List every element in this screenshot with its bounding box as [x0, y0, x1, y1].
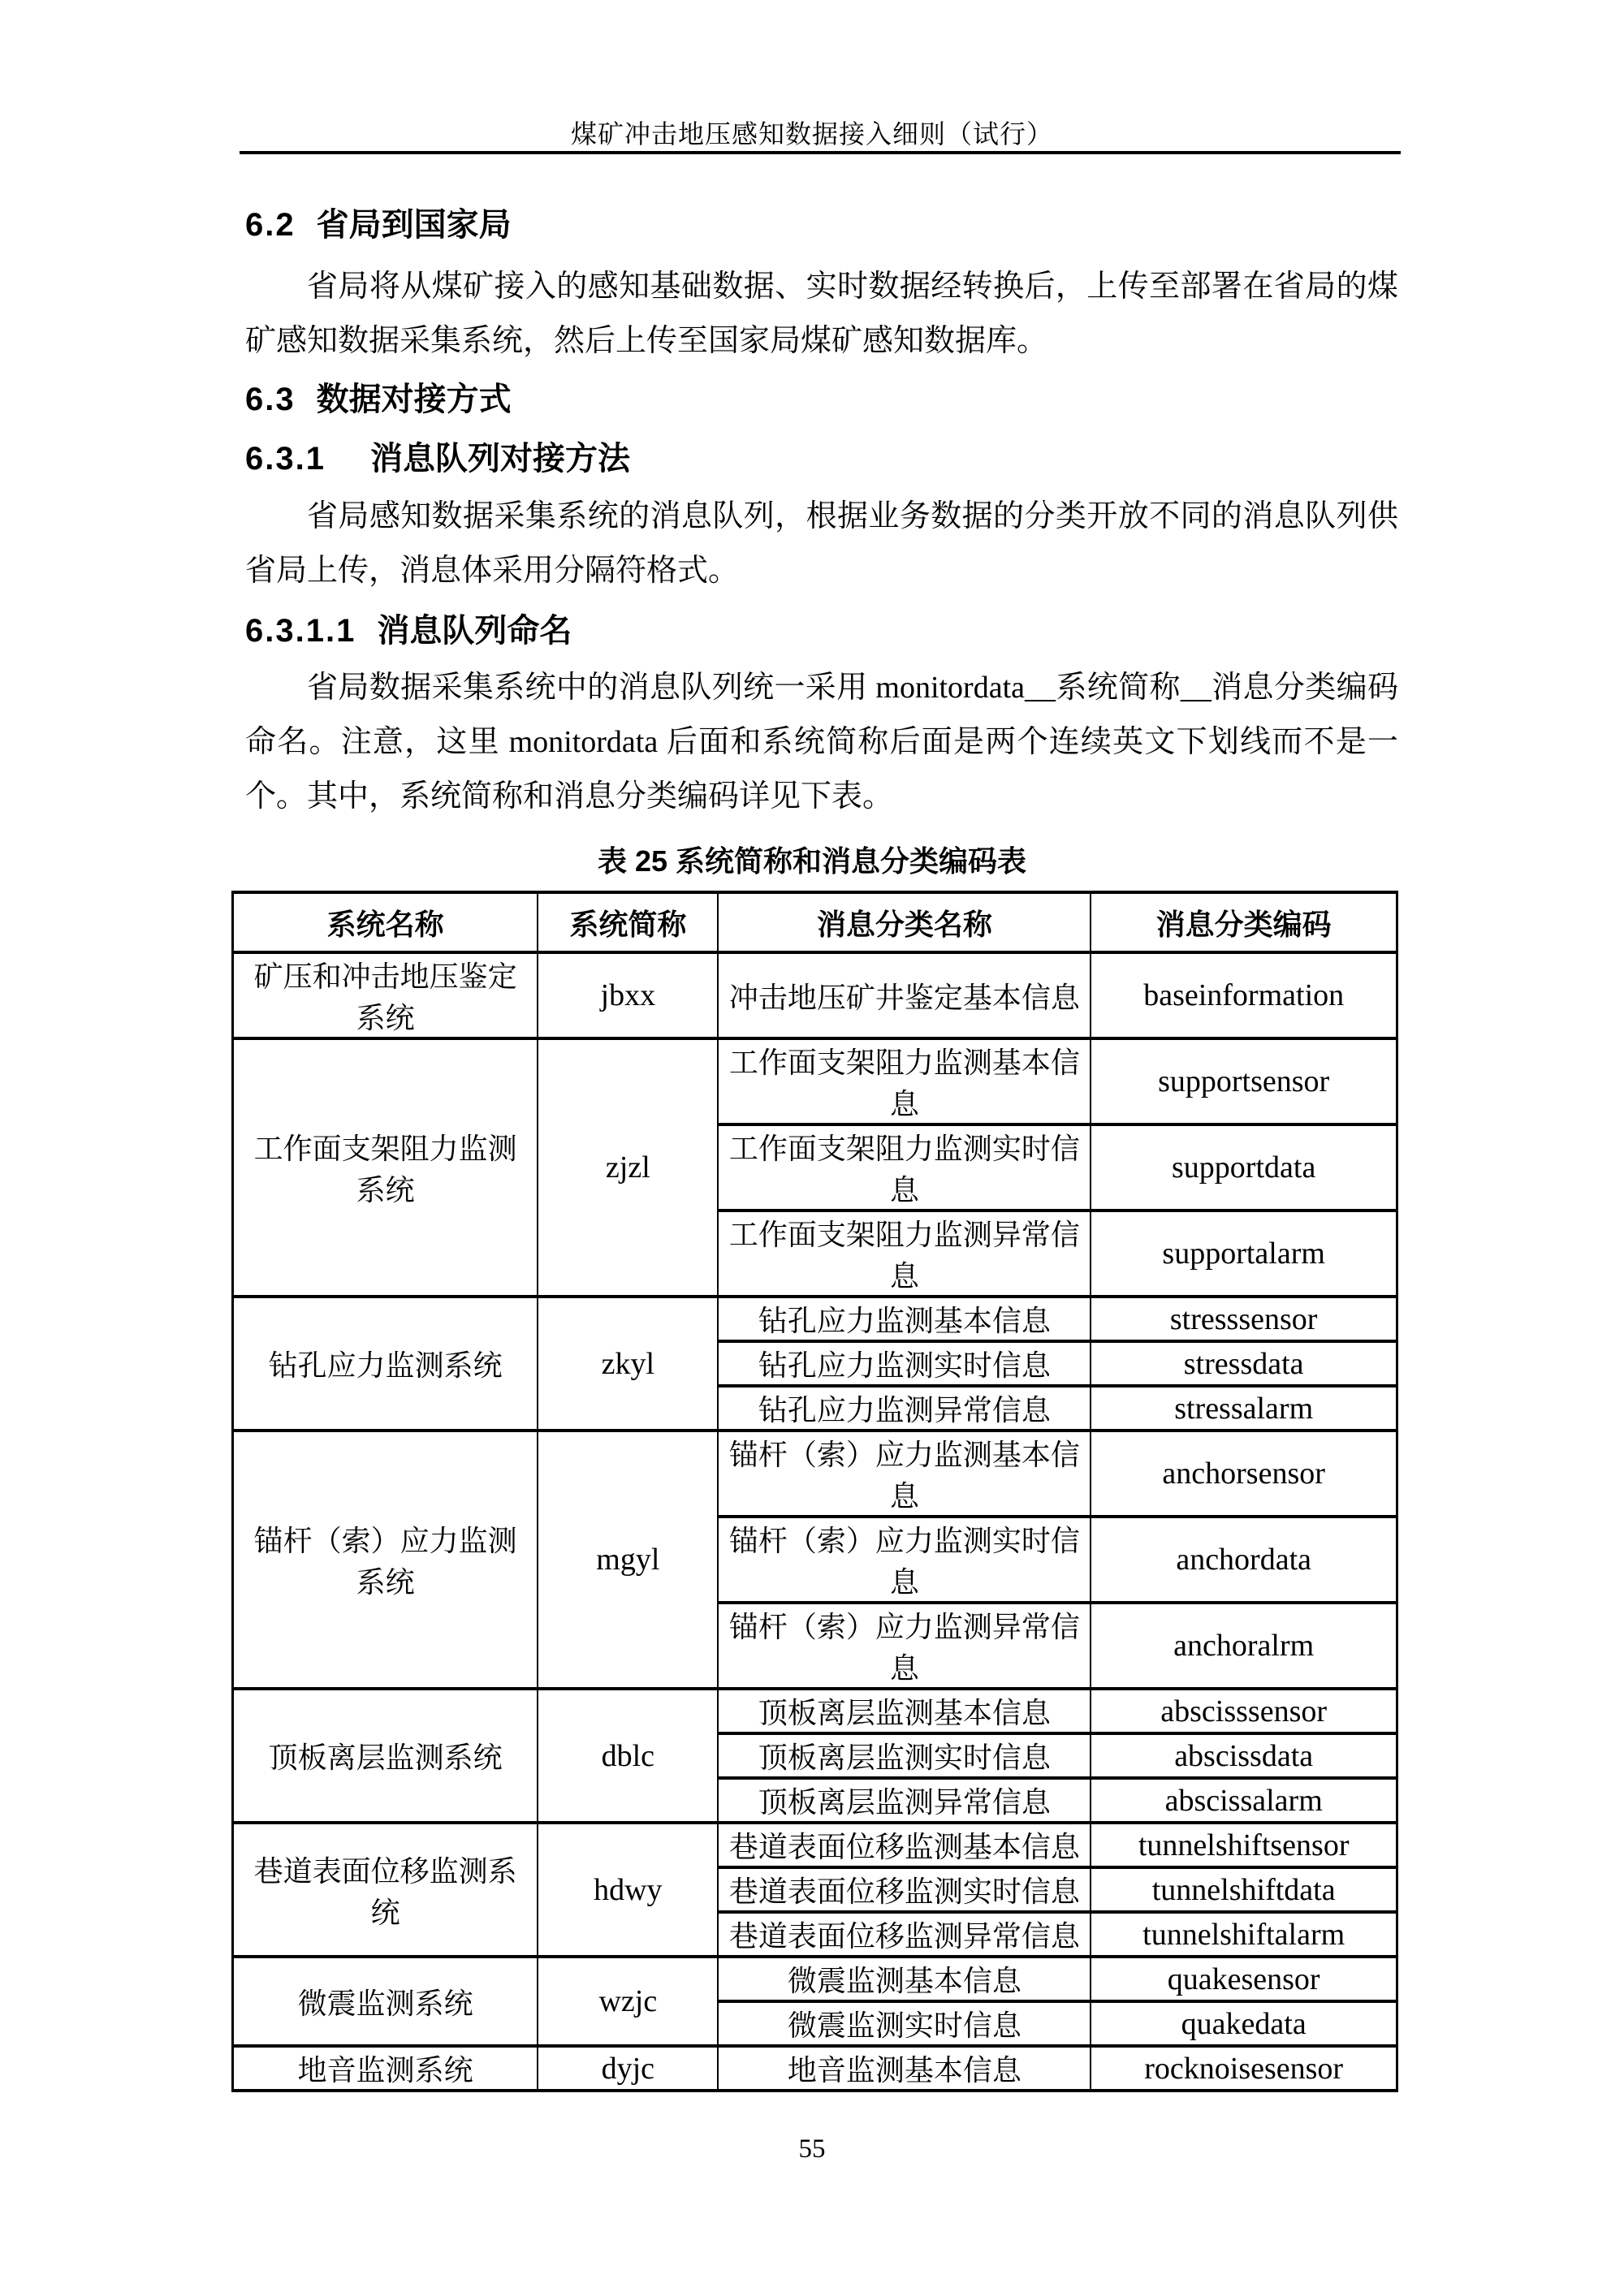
section-title: 省局到国家局 [317, 207, 512, 243]
section-title: 数据对接方式 [317, 382, 512, 417]
message-name-cell: 巷道表面位移监测实时信息 [718, 1867, 1091, 1912]
system-abbr-cell: mgyl [538, 1431, 718, 1689]
table-header-row: 系统名称 系统简称 消息分类名称 消息分类编码 [233, 892, 1397, 952]
system-name-cell: 矿压和冲击地压鉴定系统 [233, 952, 538, 1038]
message-name-cell: 钻孔应力监测基本信息 [718, 1297, 1091, 1341]
section-number: 6.3.1.1 [245, 613, 356, 649]
message-name-cell: 微震监测基本信息 [718, 1957, 1091, 2001]
section-title: 消息队列命名 [377, 613, 572, 649]
table-row: 钻孔应力监测系统zkyl钻孔应力监测基本信息stresssensor [233, 1297, 1397, 1341]
section-heading-6-3-1: 6.3.1消息队列对接方法 [245, 440, 1398, 477]
table-row: 工作面支架阻力监测系统zjzl工作面支架阻力监测基本信息supportsenso… [233, 1038, 1397, 1124]
message-name-cell: 工作面支架阻力监测异常信息 [718, 1211, 1091, 1297]
paragraph-province-to-national: 省局将从煤矿接入的感知基础数据、实时数据经转换后，上传至部署在省局的煤矿感知数据… [245, 260, 1398, 369]
column-header-message-code: 消息分类编码 [1091, 892, 1397, 952]
message-name-cell: 钻孔应力监测实时信息 [718, 1341, 1091, 1386]
system-name-cell: 地音监测系统 [233, 2046, 538, 2091]
message-code-cell: anchorsensor [1091, 1431, 1397, 1517]
header-rule [240, 151, 1401, 154]
system-abbr-cell: zkyl [538, 1297, 718, 1431]
message-code-cell: anchordata [1091, 1517, 1397, 1603]
message-code-cell: baseinformation [1091, 952, 1397, 1038]
system-abbr-cell: dblc [538, 1689, 718, 1823]
message-code-cell: quakedata [1091, 2001, 1397, 2046]
section-heading-6-3-1-1: 6.3.1.1消息队列命名 [245, 612, 1398, 650]
message-name-cell: 地音监测基本信息 [718, 2046, 1091, 2091]
system-abbr-cell: dyjc [538, 2046, 718, 2091]
section-heading-6-2: 6.2省局到国家局 [245, 206, 1398, 244]
table-row: 顶板离层监测系统dblc顶板离层监测基本信息abscisssensor [233, 1689, 1397, 1733]
section-heading-6-3: 6.3数据对接方式 [245, 381, 1398, 418]
message-name-cell: 钻孔应力监测异常信息 [718, 1386, 1091, 1431]
table-row: 矿压和冲击地压鉴定系统jbxx冲击地压矿井鉴定基本信息baseinformati… [233, 952, 1397, 1038]
message-name-cell: 锚杆（索）应力监测基本信息 [718, 1431, 1091, 1517]
message-code-cell: supportsensor [1091, 1038, 1397, 1124]
section-title: 消息队列对接方法 [370, 441, 630, 477]
running-header: 煤矿冲击地压感知数据接入细则（试行） [0, 116, 1624, 152]
section-number: 6.3 [245, 382, 296, 417]
message-code-cell: stressalarm [1091, 1386, 1397, 1431]
message-code-cell: tunnelshiftsensor [1091, 1823, 1397, 1867]
paragraph-queue-naming: 省局数据采集系统中的消息队列统一采用 monitordata__系统简称__消息… [245, 661, 1398, 824]
message-code-cell: rocknoisesensor [1091, 2046, 1397, 2091]
message-code-cell: tunnelshiftdata [1091, 1867, 1397, 1912]
system-abbr-cell: wzjc [538, 1957, 718, 2046]
message-code-cell: abscissalarm [1091, 1778, 1397, 1823]
system-name-cell: 顶板离层监测系统 [233, 1689, 538, 1823]
code-table-body: 矿压和冲击地压鉴定系统jbxx冲击地压矿井鉴定基本信息baseinformati… [233, 952, 1397, 2091]
message-code-cell: supportdata [1091, 1124, 1397, 1211]
column-header-system-name: 系统名称 [233, 892, 538, 952]
section-number: 6.2 [245, 207, 296, 243]
message-name-cell: 冲击地压矿井鉴定基本信息 [718, 952, 1091, 1038]
message-name-cell: 工作面支架阻力监测实时信息 [718, 1124, 1091, 1211]
message-name-cell: 巷道表面位移监测异常信息 [718, 1912, 1091, 1957]
message-code-cell: stresssensor [1091, 1297, 1397, 1341]
message-name-cell: 工作面支架阻力监测基本信息 [718, 1038, 1091, 1124]
table-caption: 表 25 系统简称和消息分类编码表 [0, 843, 1624, 880]
message-code-cell: supportalarm [1091, 1211, 1397, 1297]
message-name-cell: 顶板离层监测实时信息 [718, 1733, 1091, 1778]
message-code-cell: quakesensor [1091, 1957, 1397, 2001]
system-name-cell: 巷道表面位移监测系统 [233, 1823, 538, 1957]
system-name-cell: 锚杆（索）应力监测系统 [233, 1431, 538, 1689]
message-name-cell: 微震监测实时信息 [718, 2001, 1091, 2046]
message-name-cell: 顶板离层监测基本信息 [718, 1689, 1091, 1733]
page-number: 55 [0, 2131, 1624, 2167]
system-abbr-cell: hdwy [538, 1823, 718, 1957]
system-abbr-cell: jbxx [538, 952, 718, 1038]
message-code-cell: anchoralrm [1091, 1603, 1397, 1689]
table-row: 巷道表面位移监测系统hdwy巷道表面位移监测基本信息tunnelshiftsen… [233, 1823, 1397, 1867]
system-abbr-cell: zjzl [538, 1038, 718, 1297]
document-page: 煤矿冲击地压感知数据接入细则（试行） 6.2省局到国家局 省局将从煤矿接入的感知… [0, 0, 1624, 2296]
running-header-title: 煤矿冲击地压感知数据接入细则（试行） [571, 119, 1053, 149]
message-code-cell: abscisssensor [1091, 1689, 1397, 1733]
system-name-cell: 微震监测系统 [233, 1957, 538, 2046]
message-code-cell: stressdata [1091, 1341, 1397, 1386]
table-row: 锚杆（索）应力监测系统mgyl锚杆（索）应力监测基本信息anchorsensor [233, 1431, 1397, 1517]
column-header-system-abbr: 系统简称 [538, 892, 718, 952]
message-name-cell: 锚杆（索）应力监测实时信息 [718, 1517, 1091, 1603]
message-name-cell: 顶板离层监测异常信息 [718, 1778, 1091, 1823]
column-header-message-name: 消息分类名称 [718, 892, 1091, 952]
section-number: 6.3.1 [245, 441, 326, 477]
message-name-cell: 锚杆（索）应力监测异常信息 [718, 1603, 1091, 1689]
paragraph-message-queue-method: 省局感知数据采集系统的消息队列，根据业务数据的分类开放不同的消息队列供省局上传，… [245, 490, 1398, 598]
message-code-cell: tunnelshiftalarm [1091, 1912, 1397, 1957]
message-code-cell: abscissdata [1091, 1733, 1397, 1778]
system-name-cell: 钻孔应力监测系统 [233, 1297, 538, 1431]
table-row: 微震监测系统wzjc微震监测基本信息quakesensor [233, 1957, 1397, 2001]
system-name-cell: 工作面支架阻力监测系统 [233, 1038, 538, 1297]
system-code-table: 系统名称 系统简称 消息分类名称 消息分类编码 矿压和冲击地压鉴定系统jbxx冲… [231, 891, 1398, 2092]
table-row: 地音监测系统dyjc地音监测基本信息rocknoisesensor [233, 2046, 1397, 2091]
message-name-cell: 巷道表面位移监测基本信息 [718, 1823, 1091, 1867]
